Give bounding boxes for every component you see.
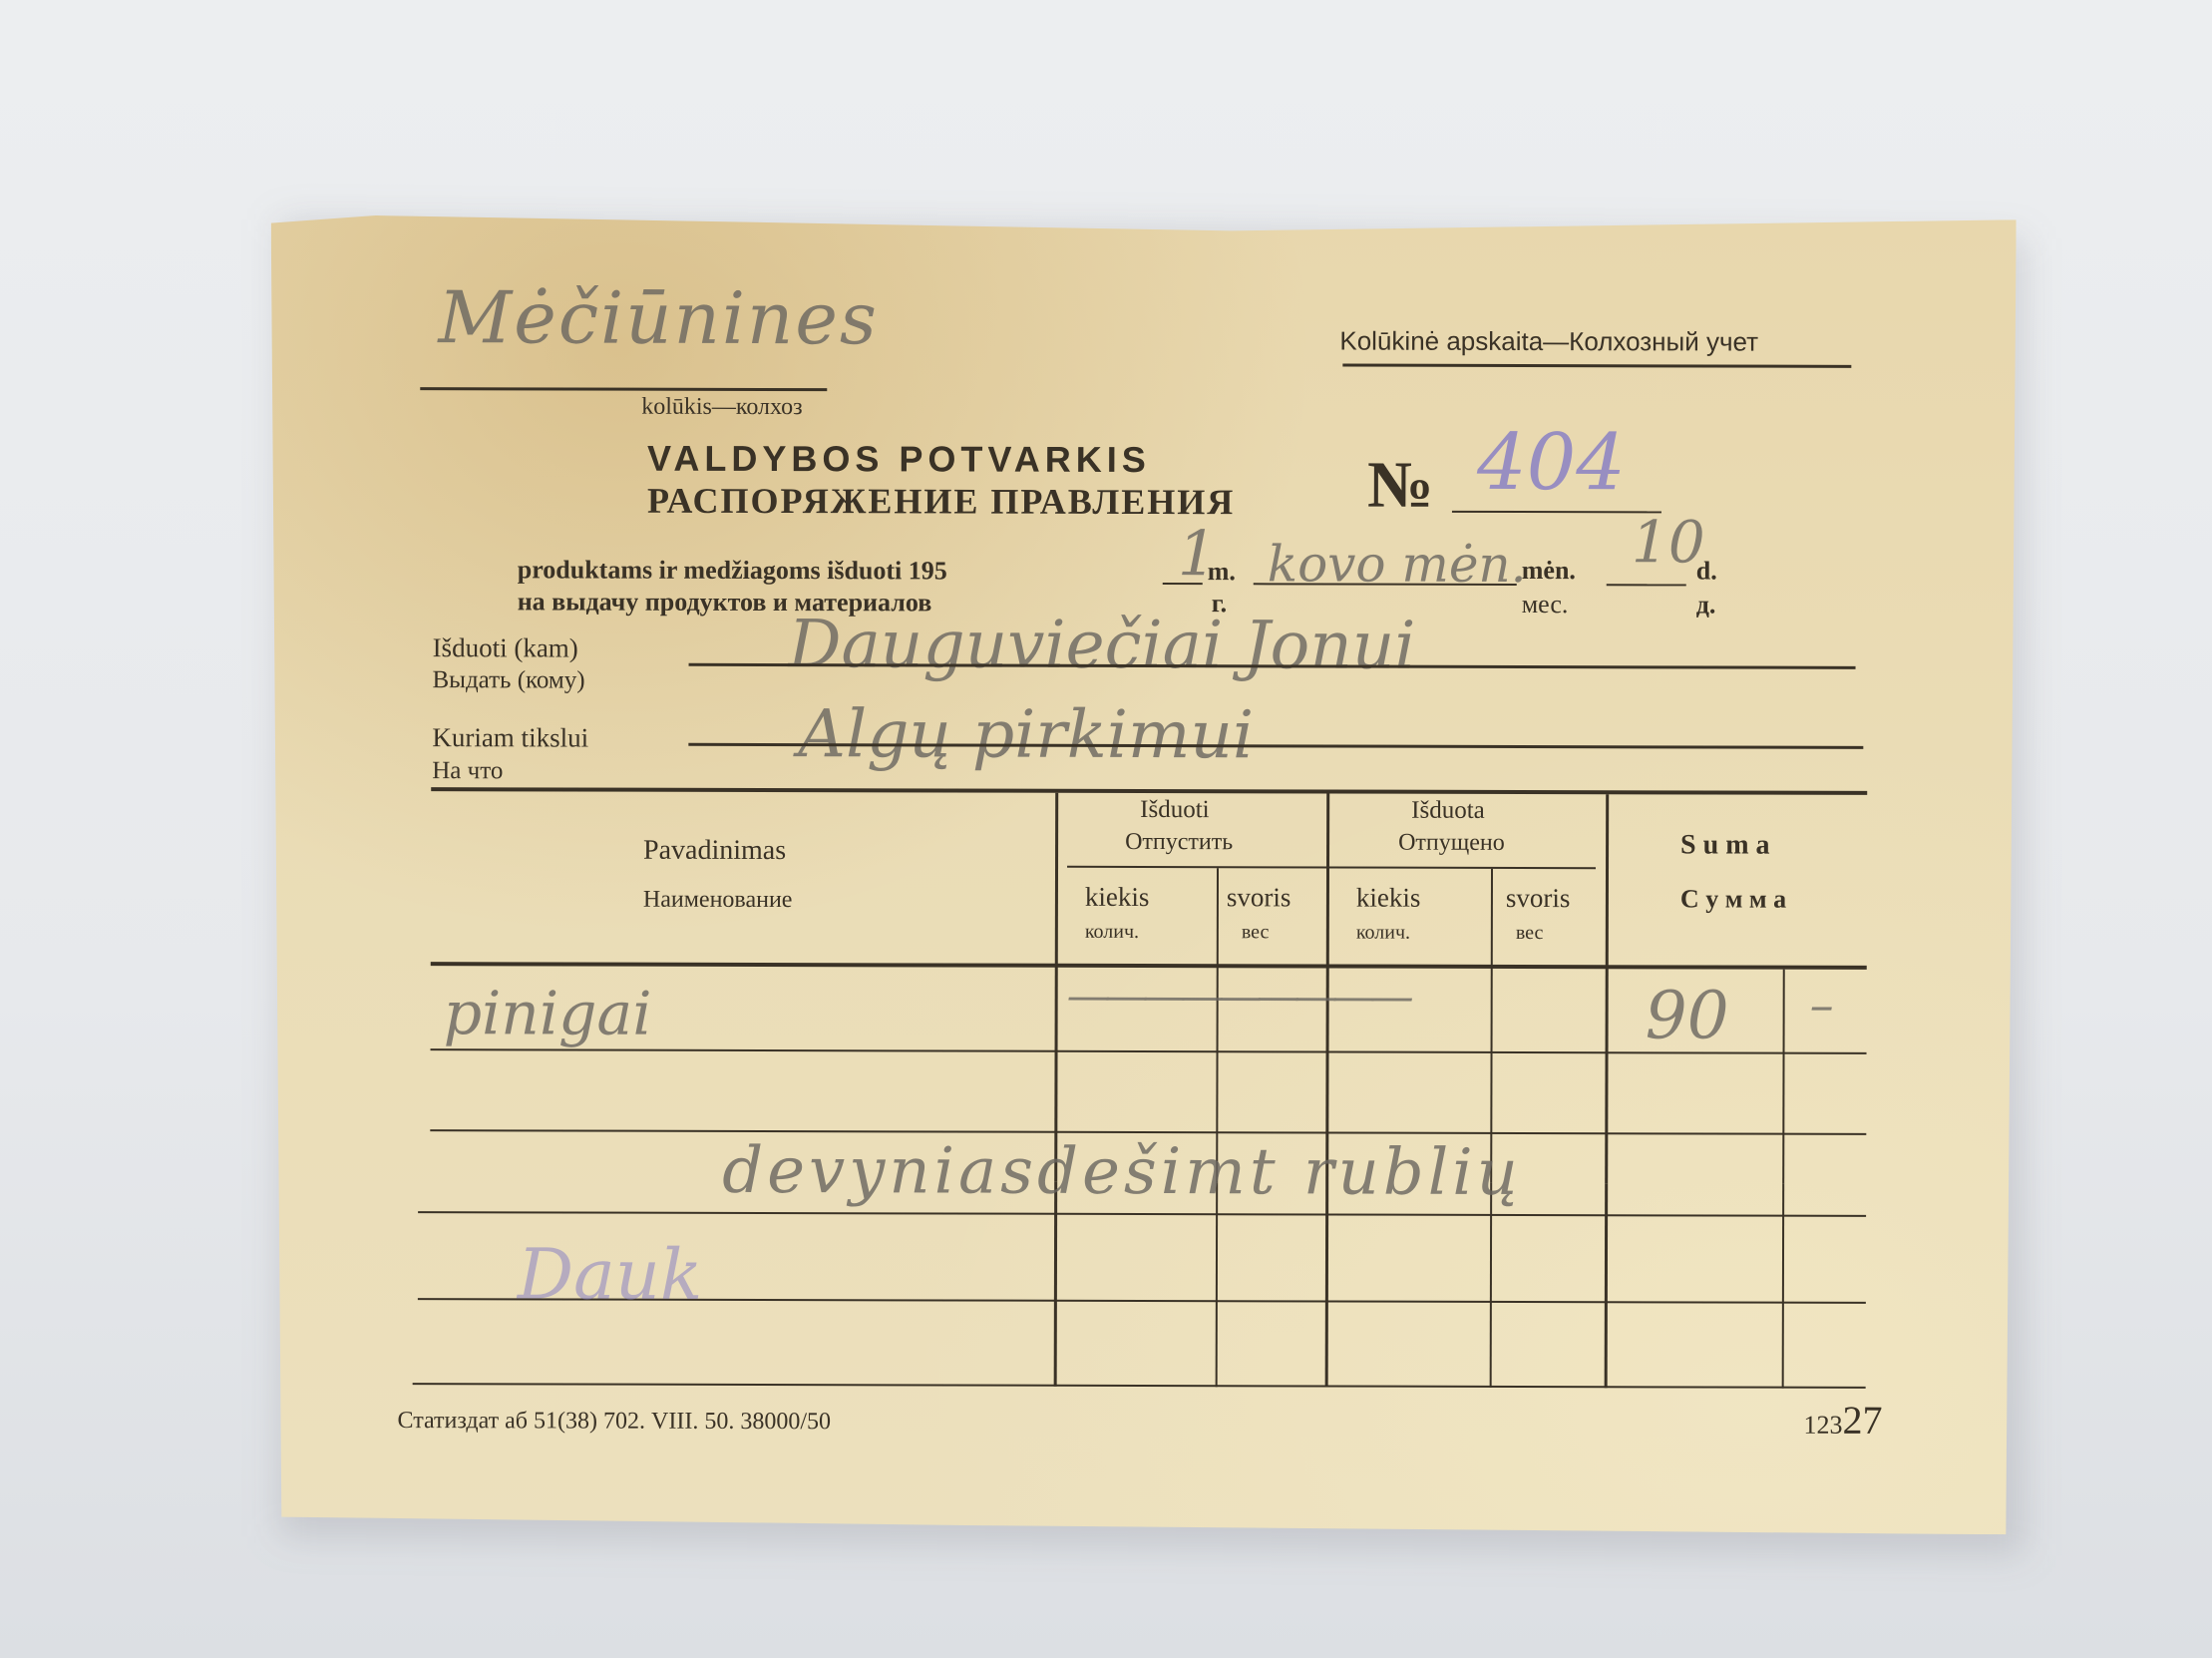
order-number-value: 404 bbox=[1477, 418, 1626, 508]
vline-issue-mid-lower bbox=[1216, 1182, 1219, 1387]
day-value: 10 bbox=[1632, 508, 1705, 576]
purpose-label-lt: Kuriam tikslui bbox=[432, 722, 588, 753]
purpose-value: Algų pirkimui bbox=[798, 695, 1254, 773]
row-1-sum: 90 bbox=[1646, 977, 1729, 1053]
purpose-label-ru: На что bbox=[432, 757, 503, 785]
sub-weight-ru-2: вес bbox=[1516, 922, 1544, 945]
col-name-ru: Наименование bbox=[643, 887, 793, 914]
sub-weight-ru-1: вес bbox=[1242, 921, 1270, 944]
kolkhoz-order-form: Mėčiūnines kolūkis—колхоз Kolūkinė apska… bbox=[267, 215, 2016, 1535]
vline-sum-kop-lower bbox=[1782, 1184, 1785, 1389]
signature: Dauk bbox=[518, 1233, 703, 1315]
day-suffix-ru: д. bbox=[1696, 590, 1716, 620]
issue-to-value: Dauguviečiai Jonui bbox=[789, 606, 1416, 684]
vline-issued-end bbox=[1605, 794, 1609, 1183]
sub-qty-ru-2: колич. bbox=[1356, 922, 1410, 945]
sub-qty-ru-1: колич. bbox=[1085, 921, 1139, 944]
month-suffix-ru: мес. bbox=[1522, 590, 1569, 620]
sub-weight-lt-1: svoris bbox=[1227, 882, 1291, 913]
day-underline bbox=[1607, 584, 1686, 586]
sub-weight-lt-2: svoris bbox=[1506, 883, 1571, 914]
sub-qty-lt-1: kiekis bbox=[1085, 882, 1150, 913]
col-name-lt: Pavadinimas bbox=[643, 835, 786, 867]
month-suffix-lt: mėn. bbox=[1522, 556, 1576, 586]
vline-issued-end-lower bbox=[1605, 1183, 1609, 1388]
kolkhoz-name-underline bbox=[420, 387, 827, 391]
group-divider bbox=[1067, 866, 1596, 869]
accounting-header: Kolūkinė apskaita—Колхозный учет bbox=[1339, 326, 1758, 358]
accounting-header-underline bbox=[1342, 364, 1851, 368]
kolkhoz-name-handwritten: Mėčiūnines bbox=[438, 275, 879, 360]
row-rule-5 bbox=[413, 1383, 1866, 1389]
footer-print-info: Статиздат аб 51(38) 702. VIII. 50. 38000… bbox=[398, 1408, 832, 1436]
form-number-large: 27 bbox=[1843, 1398, 1883, 1443]
date-prefix-lt: produktams ir medžiagoms išduoti 195 bbox=[518, 555, 947, 586]
vline-issued-mid-lower bbox=[1490, 1183, 1493, 1388]
table-top-rule bbox=[431, 787, 1867, 795]
row-1-sum-kop: – bbox=[1810, 978, 1834, 1034]
title-russian: РАСПОРЯЖЕНИЕ ПРАВЛЕНИЯ bbox=[647, 480, 1235, 524]
row-1-dash-across: ————————— bbox=[1067, 971, 1408, 1023]
issue-to-label-ru: Выдать (кому) bbox=[432, 666, 584, 694]
table-header-rule bbox=[431, 962, 1867, 970]
vline-name-lower bbox=[1054, 1182, 1058, 1387]
group-issue-ru: Отпустить bbox=[1125, 829, 1233, 856]
form-number-small: 123 bbox=[1804, 1411, 1843, 1440]
row-1-name: pinigai bbox=[444, 979, 652, 1049]
title-lithuanian: VALDYBOS POTVARKIS bbox=[647, 438, 1151, 481]
group-issued-ru: Отпущено bbox=[1398, 830, 1505, 857]
number-underline bbox=[1452, 511, 1661, 514]
vline-issue-end-lower bbox=[1325, 1182, 1329, 1387]
sub-qty-lt-2: kiekis bbox=[1356, 883, 1421, 914]
year-underline bbox=[1163, 583, 1203, 585]
form-number: 12327 bbox=[1804, 1397, 1883, 1444]
vline-name bbox=[1054, 793, 1058, 1182]
day-suffix-lt: d. bbox=[1696, 556, 1717, 586]
col-sum-ru: С у м м а bbox=[1680, 884, 1786, 914]
issue-to-label-lt: Išduoti (kam) bbox=[433, 632, 578, 663]
col-sum-lt: S u m a bbox=[1680, 829, 1770, 861]
year-suffix-lt: m. bbox=[1208, 557, 1236, 587]
number-sign: № bbox=[1367, 448, 1434, 524]
group-issued-lt: Išduota bbox=[1411, 797, 1485, 825]
row-3-name: devyniasdešimt rublių bbox=[722, 1134, 1522, 1210]
row-rule-3 bbox=[418, 1211, 1866, 1217]
group-issue-lt: Išduoti bbox=[1140, 796, 1210, 824]
kolkhoz-label: kolūkis—колхоз bbox=[641, 394, 802, 421]
vline-sum-kop bbox=[1782, 970, 1785, 1184]
